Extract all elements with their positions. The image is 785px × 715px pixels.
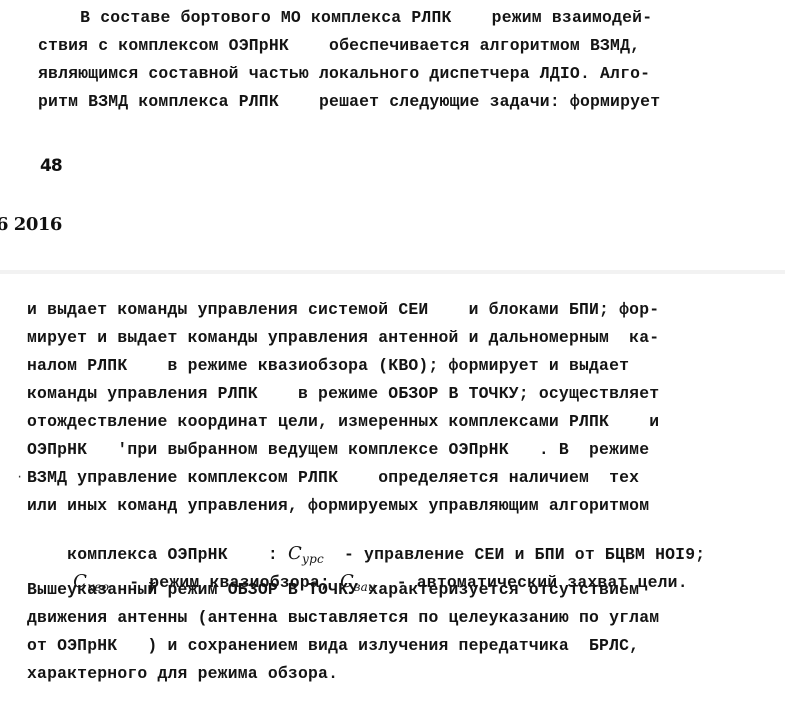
text-line: ритм ВЗМД комплекса РЛПК решает следующи… [38, 92, 660, 112]
text-line: движения антенны (антенна выставляется п… [27, 608, 659, 628]
text-line: мирует и выдает команды управления антен… [27, 328, 659, 348]
document-page-top-fragment: В составе бортового МО комплекса РЛПК ре… [0, 0, 785, 270]
text-line: являющимся составной частью локального д… [38, 64, 650, 84]
text-line: характерного для режима обзора. [27, 664, 338, 684]
text-line: или иных команд управления, формируемых … [27, 496, 649, 516]
document-page-bottom-fragment: и выдает команды управления системой СЕИ… [0, 274, 785, 715]
text-line: ВЗМД управление комплексом РЛПК определя… [27, 468, 639, 488]
text-line: команды управления РЛПК в режиме ОБЗОР В… [27, 384, 659, 404]
text-line: и выдает команды управления системой СЕИ… [27, 300, 659, 320]
page-number: 48 [40, 156, 62, 176]
text-line: налом РЛПК в режиме квазиобзора (КВО); ф… [27, 356, 629, 376]
stray-scan-mark: · [16, 470, 23, 484]
text-line: ОЭПрНК 'при выбранном ведущем комплексе … [27, 440, 649, 460]
text-line: ствия с комплексом ОЭПрНК обеспечивается… [38, 36, 640, 56]
text-line: Вышеуказанный режим ОБЗОР В ТОЧКУ характ… [27, 580, 639, 600]
year-stamp: 6 2016 [0, 214, 62, 235]
text-line: В составе бортового МО комплекса РЛПК ре… [30, 8, 652, 28]
text-line: от ОЭПрНК ) и сохранением вида излучения… [27, 636, 639, 656]
text-line: отождествление координат цели, измеренны… [27, 412, 659, 432]
